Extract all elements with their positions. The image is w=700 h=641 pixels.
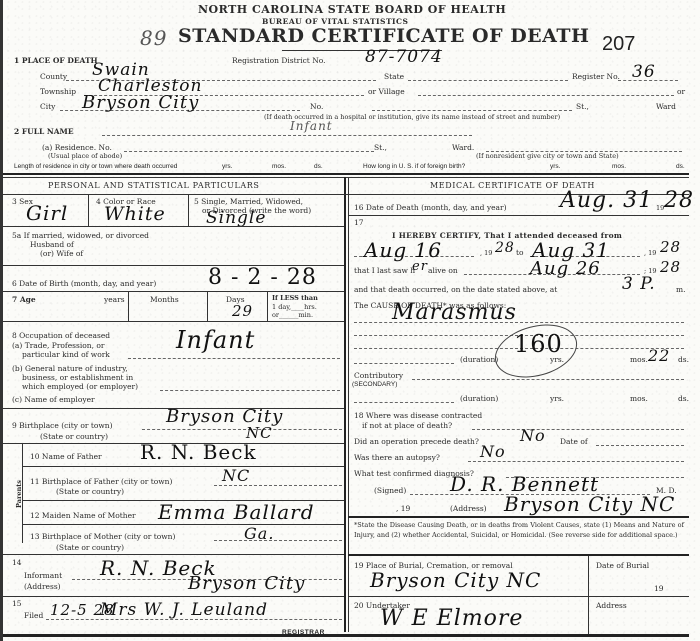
death-time-value: 3 P. [622, 274, 656, 294]
attended-to-year: 28 [660, 238, 681, 256]
registration-district-value: 87-7074 [365, 47, 443, 67]
full-name-label: 2 FULL NAME [14, 127, 74, 136]
informant-address-label: (Address) [24, 582, 61, 591]
operation-value: No [520, 426, 546, 445]
industry-label-1: (b) General nature of industry, [12, 364, 128, 373]
foreign-mos-label: mos. [612, 163, 626, 170]
m-label: m. [676, 285, 686, 294]
no-label: No. [310, 102, 323, 111]
spouse-label-1: 5a If married, widowed, or divorced [12, 231, 149, 240]
age-label: 7 Age [12, 295, 36, 304]
mother-birth-sub: (State or country) [56, 543, 124, 552]
document-title: STANDARD CERTIFICATE OF DEATH [178, 25, 589, 47]
industry-label-2: business, or establishment in [22, 373, 133, 382]
ds-label: ds. [314, 163, 323, 170]
occupation-label: 8 Occupation of deceased [12, 331, 110, 340]
physician-address-value: Bryson City NC [504, 492, 675, 516]
village-label: or Village [368, 87, 405, 96]
less-label-3: or______min. [272, 311, 313, 319]
register-value: 36 [632, 62, 656, 82]
duration2-label: (duration) [460, 394, 498, 403]
center-divider [344, 177, 346, 632]
last-saw-year: 28 [660, 258, 681, 276]
cert-num: 17 [354, 218, 364, 227]
agency-name: NORTH CAROLINA STATE BOARD OF HEALTH [198, 3, 506, 16]
birthplace-sub: (State or country) [40, 432, 108, 441]
burial-date-label: Date of Burial [596, 561, 649, 570]
death-time-label: and that death occurred, on the date sta… [354, 285, 557, 294]
undertaker-value: W E Elmore [380, 606, 523, 631]
autopsy-value: No [480, 442, 506, 461]
occupation-value: Infant [176, 326, 255, 354]
trade-label-1: (a) Trade, Profession, or [12, 341, 104, 350]
dob-value: 8 - 2 - 28 [208, 265, 317, 290]
burial-value: Bryson City NC [370, 568, 541, 592]
race-value: White [104, 203, 166, 225]
attended-from-value: Aug 16 [364, 238, 442, 262]
marital-label-1: 5 Single, Married, Widowed, [194, 197, 303, 206]
days-value: 29 [232, 302, 253, 320]
residence-st-label: St., [374, 143, 387, 152]
foreign-birth-label: How long in U. S. if of foreign birth? [363, 163, 465, 170]
township-label: Township [40, 87, 76, 96]
full-name-value: Infant [290, 119, 333, 133]
bottom-border [3, 634, 689, 637]
birthplace-label: 9 Birthplace (city or town) [12, 421, 113, 430]
duration2-mos: mos. [630, 394, 648, 403]
stamp-code: 160 [514, 330, 563, 358]
dod-label: 16 Date of Death (month, day, and year) [354, 203, 507, 212]
duration2-ds: ds. [678, 394, 689, 403]
months-label: Months [150, 295, 179, 304]
residence-label: (a) Residence. No. [42, 143, 112, 152]
or-label: or [677, 87, 685, 96]
marital-value: Single [206, 208, 266, 228]
father-value: R. N. Beck [140, 440, 257, 464]
to-label: to [516, 248, 524, 257]
duration-ds: ds. [678, 355, 689, 364]
residence-sub-label: (Usual place of abode) [48, 152, 122, 160]
informant-num: 14 [12, 558, 22, 567]
mother-birth-value: Ga. [244, 524, 274, 543]
filed-num: 15 [12, 599, 22, 608]
autopsy-label: Was there an autopsy? [354, 453, 440, 462]
alive-on-label: alive on [428, 266, 458, 275]
parents-label: Parents [15, 480, 23, 508]
less-label-1: If LESS than [272, 294, 318, 302]
death-certificate: NORTH CAROLINA STATE BOARD OF HEALTH BUR… [0, 0, 700, 641]
residence-ward-label: Ward. [452, 143, 474, 152]
mother-label: 12 Maiden Name of Mother [30, 511, 136, 520]
less-label-2: 1 day,____hrs. [272, 303, 317, 311]
mos-label: mos. [272, 163, 286, 170]
foreign-yrs-label: yrs. [550, 163, 560, 170]
burial-date-year: 19 [654, 584, 664, 593]
duration-yrs: yrs. [550, 355, 564, 364]
state-label: State [384, 72, 404, 81]
physician-address-label: (Address) [450, 504, 487, 513]
st-label: St., [576, 102, 589, 111]
informant-label: Informant [24, 571, 62, 580]
last-saw-date: Aug 26 [530, 258, 601, 279]
father-birth-value: NC [222, 466, 250, 485]
length-residence-label: Length of residence in city or town wher… [14, 163, 177, 170]
employer-label: (c) Name of employer [12, 395, 95, 404]
filed-label: Filed [24, 611, 43, 620]
city-value: Bryson City [82, 92, 199, 113]
spouse-label-3: (or) Wife of [40, 249, 83, 258]
margin-note: 89 [140, 26, 167, 50]
foreign-ds-label: ds. [676, 163, 685, 170]
undertaker-address-label: Address [596, 601, 627, 610]
duration-label: (duration) [460, 355, 498, 364]
last-saw-pronoun: er [412, 259, 428, 274]
sex-value: Girl [26, 201, 68, 225]
nonresident-note: (If nonresident give city or town and St… [476, 152, 619, 160]
mother-value: Emma Ballard [158, 500, 315, 524]
q18-label-2: if not at place of death? [362, 421, 452, 430]
ward-label: Ward [656, 102, 676, 111]
father-label: 10 Name of Father [30, 452, 102, 461]
mother-birth-label: 13 Birthplace of Mother (city or town) [30, 532, 175, 541]
city-label: City [40, 102, 55, 111]
last-saw-label: that I last saw h [354, 266, 415, 275]
trade-label-2: particular kind of work [22, 350, 110, 359]
register-label: Register No. [572, 72, 620, 81]
certificate-number: 207 [602, 33, 635, 56]
county-label: County [40, 72, 67, 81]
place-of-death-label: 1 PLACE OF DEATH [14, 56, 98, 65]
father-birth-sub: (State or country) [56, 487, 124, 496]
attended-from-year: 28 [495, 240, 515, 256]
dob-label: 6 Date of Birth (month, day, and year) [12, 279, 156, 288]
years-label: years [104, 295, 125, 304]
registration-district-label: Registration District No. [232, 56, 326, 65]
yrs-label: yrs. [222, 163, 232, 170]
dod-year: 28 [664, 188, 694, 213]
duration-mos: mos. [630, 355, 648, 364]
contributory-label: Contributory [354, 371, 403, 380]
dod-value: Aug. 31 [560, 188, 653, 213]
spouse-label-2: Husband of [30, 240, 74, 249]
sign-year-label: , 19 [396, 504, 410, 513]
operation-label: Did an operation precede death? [354, 437, 479, 446]
industry-label-3: which employed (or employer) [22, 382, 138, 391]
footnote: *State the Disease Causing Death, or in … [354, 521, 684, 540]
personal-section-title: PERSONAL AND STATISTICAL PARTICULARS [48, 181, 259, 190]
secondary-label: (SECONDARY) [352, 381, 397, 388]
father-birth-label: 11 Birthplace of Father (city or town) [30, 477, 172, 486]
registrar-signature: Mrs W. J. Leuland [100, 600, 268, 620]
date-of-label: Date of [560, 437, 588, 446]
duration-days-value: 22 [648, 346, 670, 365]
signed-label: (Signed) [374, 486, 406, 495]
informant-address-value: Bryson City [188, 573, 305, 594]
duration2-yrs: yrs. [550, 394, 564, 403]
q18-label-1: 18 Where was disease contracted [354, 411, 482, 420]
